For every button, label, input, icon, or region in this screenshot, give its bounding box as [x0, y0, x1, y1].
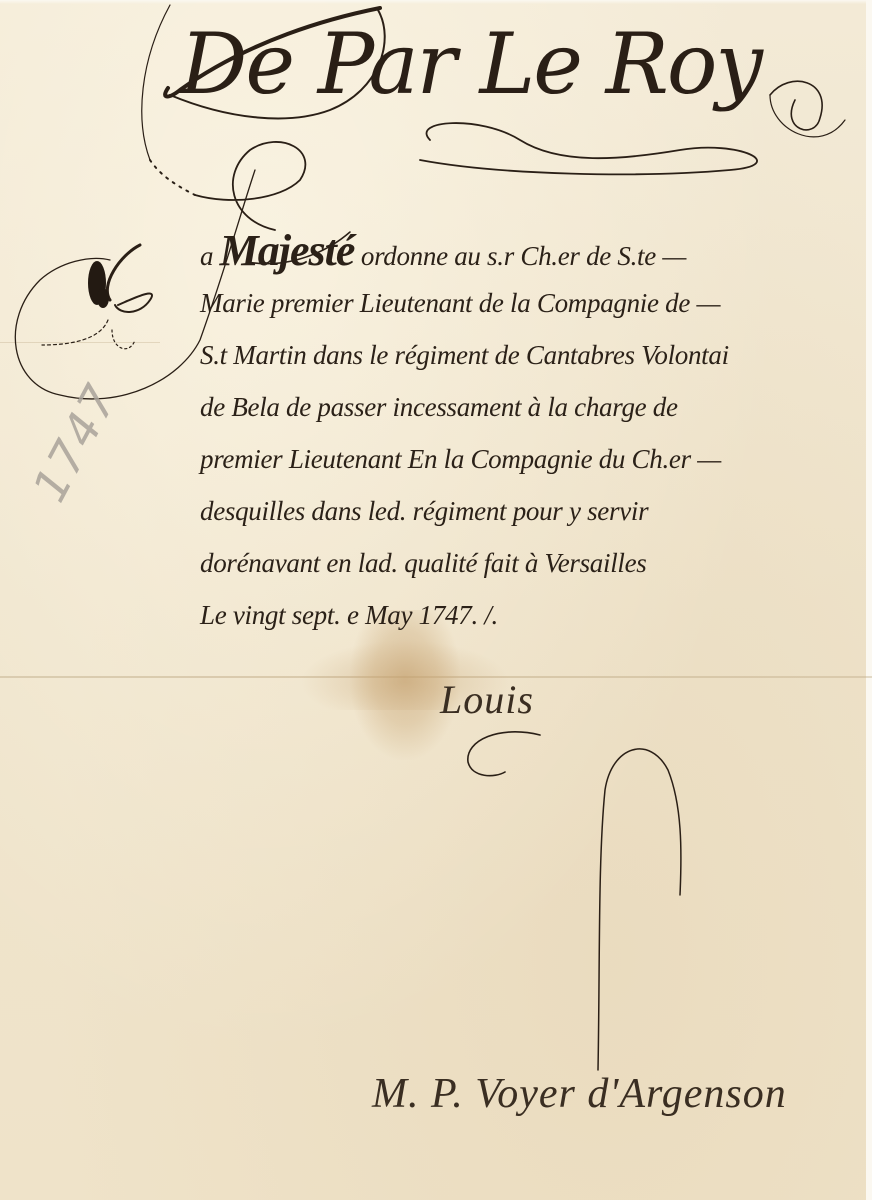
- paper-right-edge: [866, 0, 872, 1200]
- pencil-margin-annotation: 1747: [22, 375, 128, 511]
- fold-line-faint: [0, 342, 160, 343]
- signature-king: Louis: [440, 676, 534, 723]
- majeste-word: Majesté: [220, 226, 355, 275]
- paper-top-edge: [0, 0, 872, 4]
- document-page: De Par Le Roy a Majesté ordonne au s.r C…: [0, 0, 872, 1200]
- body-line-7: dorénavant en lad. qualité fait à Versai…: [200, 537, 860, 589]
- signature-minister: M. P. Voyer d'Argenson: [372, 1070, 787, 1118]
- body-line-1: a Majesté ordonne au s.r Ch.er de S.te —: [200, 225, 860, 277]
- body-line-5: premier Lieutenant En la Compagnie du Ch…: [200, 433, 860, 485]
- body-line-3: S.t Martin dans le régiment de Cantabres…: [200, 329, 860, 381]
- body-line-2: Marie premier Lieutenant de la Compagnie…: [200, 277, 860, 329]
- document-body: a Majesté ordonne au s.r Ch.er de S.te —…: [200, 225, 860, 641]
- body-line-6: desquilles dans led. régiment pour y ser…: [200, 485, 860, 537]
- body-line-4: de Bela de passer incessament à la charg…: [200, 381, 860, 433]
- body-line-1-rest: ordonne au s.r Ch.er de S.te —: [354, 241, 686, 271]
- document-heading: De Par Le Roy: [180, 22, 761, 106]
- ink-blot: [88, 261, 109, 308]
- body-line-8: Le vingt sept. e May 1747. /.: [200, 589, 860, 641]
- body-line-1-lead: a: [200, 241, 220, 271]
